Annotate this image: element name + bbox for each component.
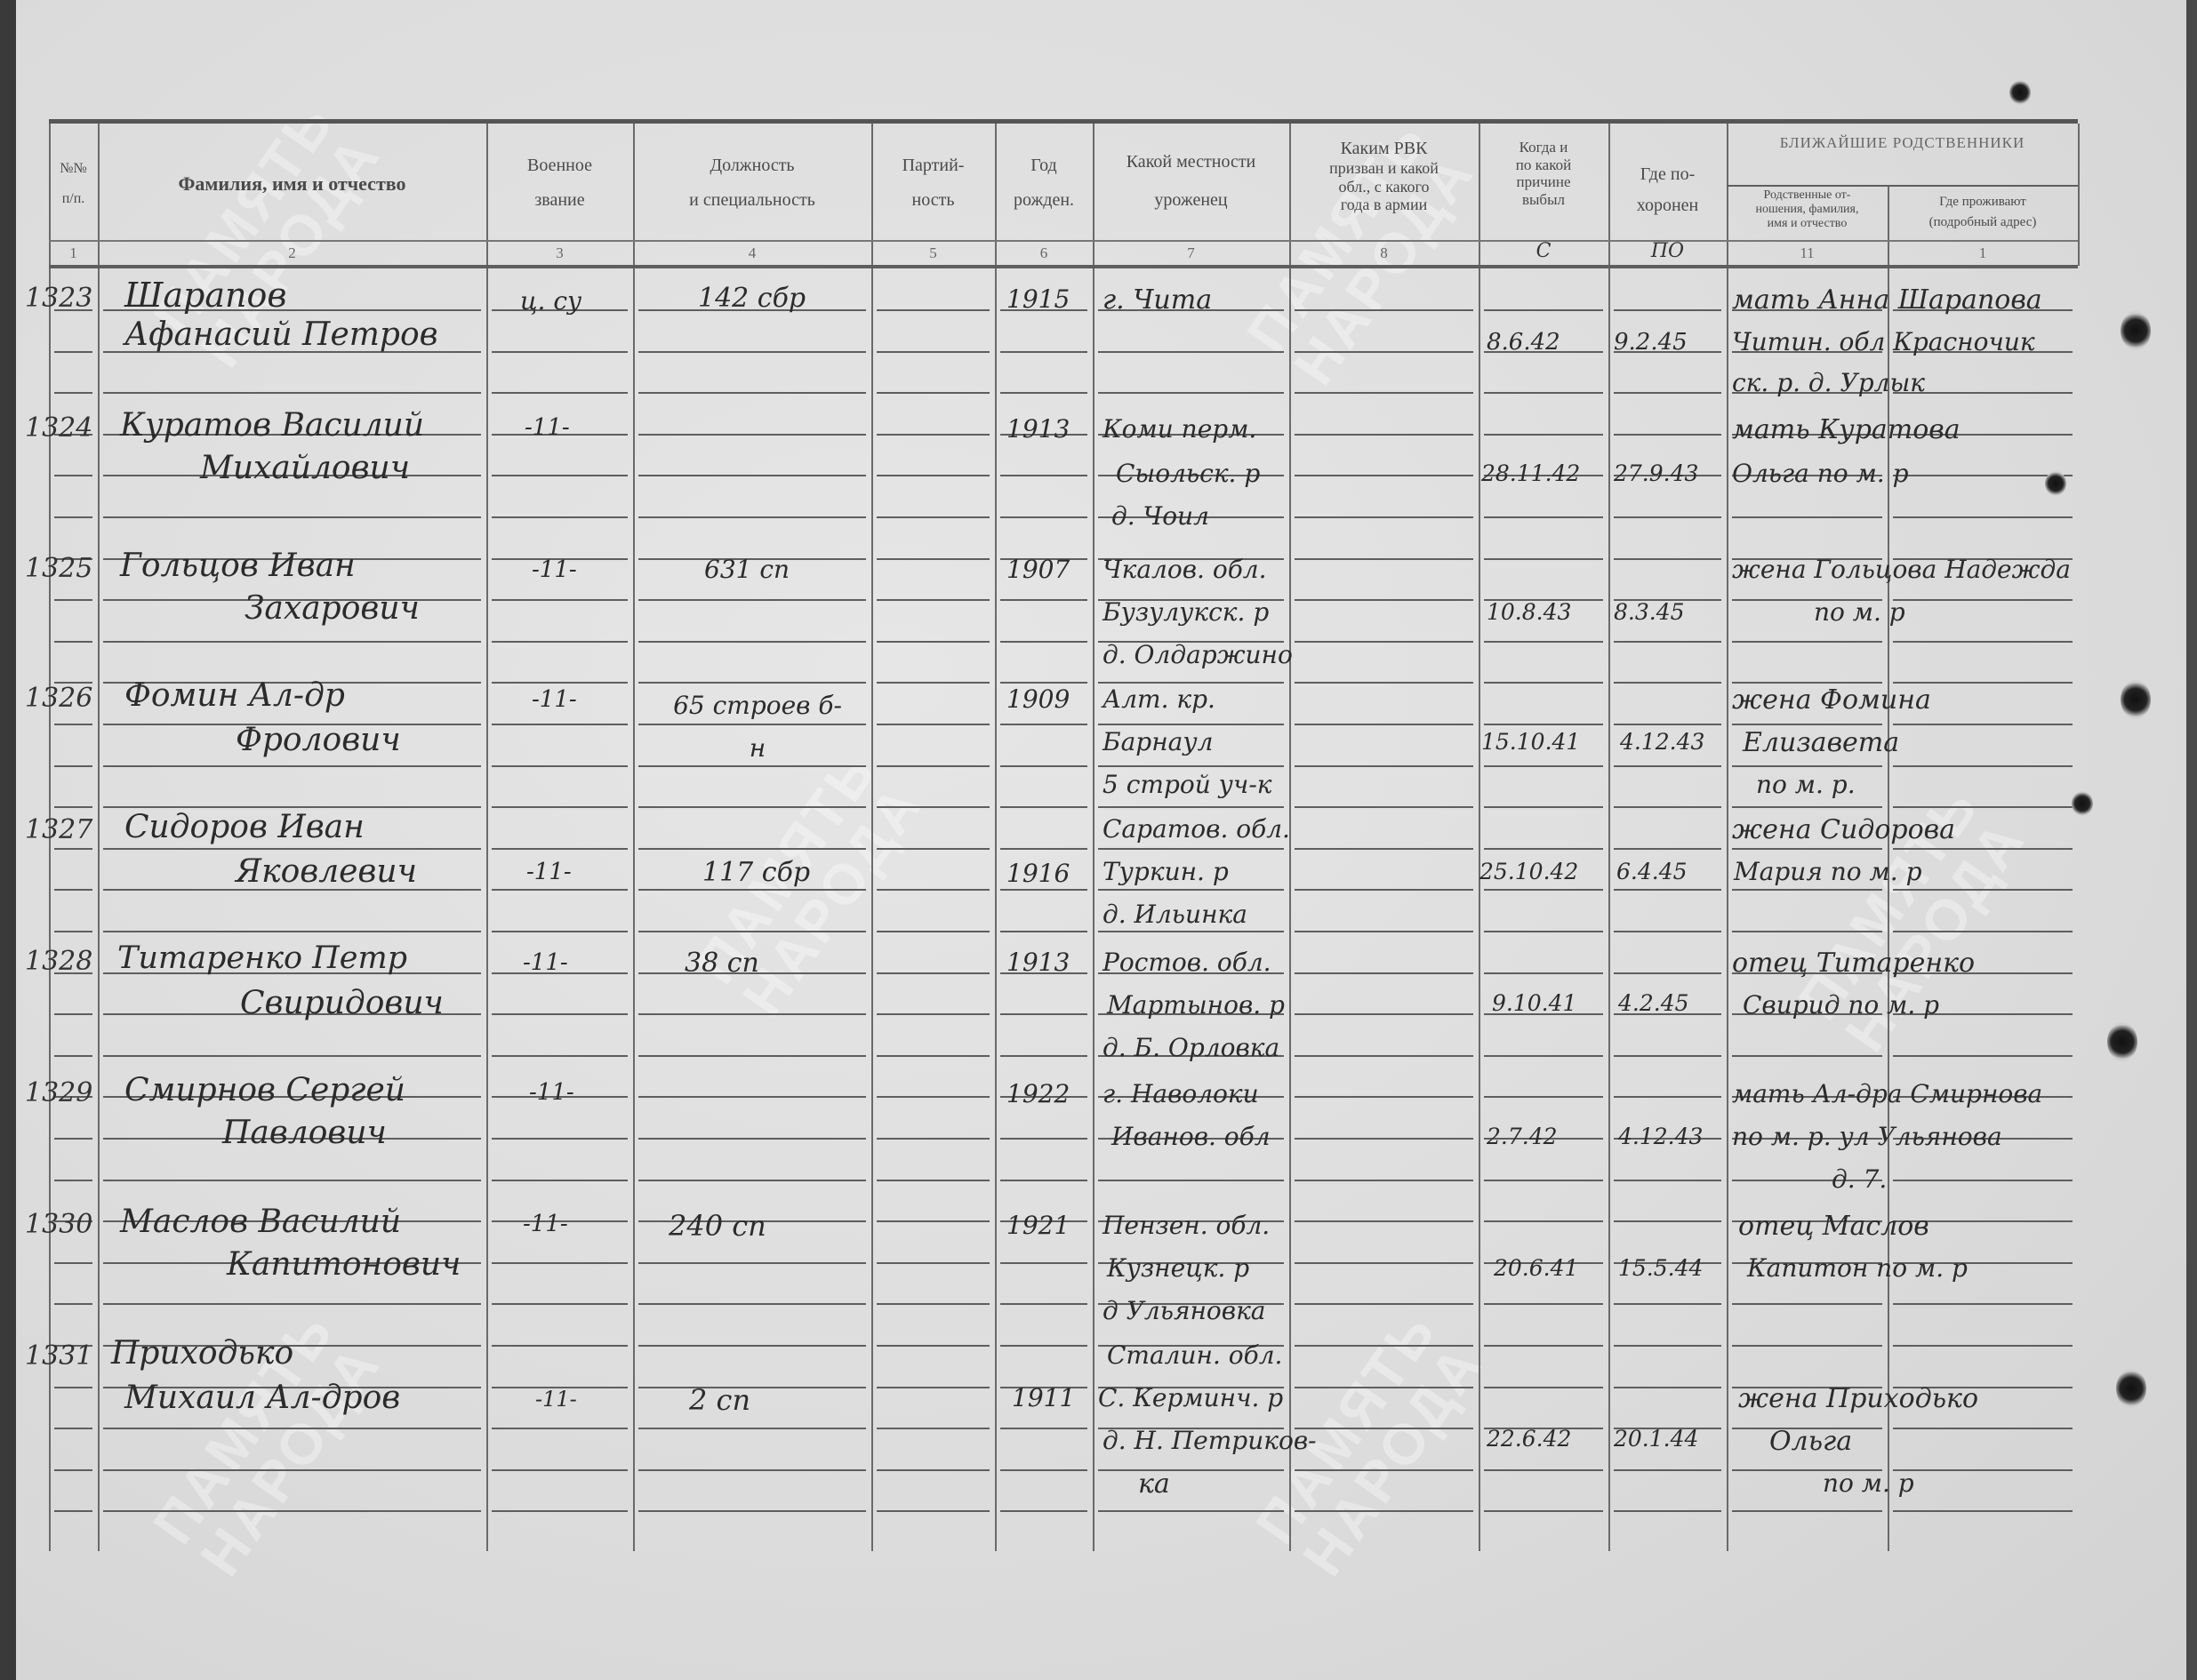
ruled-line <box>877 1180 990 1181</box>
first-name-patronymic: Афанасий Петров <box>124 316 438 353</box>
ruled-line <box>1893 1469 2073 1471</box>
ruled-line <box>1484 392 1603 394</box>
birthplace-line: Бузулукск. р <box>1103 597 1269 627</box>
ruled-line <box>1614 1387 1721 1388</box>
ruled-line <box>638 931 866 932</box>
relative-line: жена Сидорова <box>1732 814 1955 845</box>
birthplace-line: Сыольск. р <box>1116 459 1260 488</box>
ruled-line <box>1614 434 1721 436</box>
birthplace-line: С. Керминч. р <box>1098 1383 1283 1412</box>
birth-year: 1913 <box>1006 948 1070 977</box>
record-number: 1328 <box>25 946 96 977</box>
ruled-line <box>1000 1510 1087 1512</box>
ruled-line <box>638 599 866 601</box>
ruled-line <box>1098 682 1284 684</box>
ruled-line <box>877 1345 990 1347</box>
col-number: 11 <box>1727 244 1888 264</box>
ruled-line <box>1484 1220 1603 1222</box>
ruled-line <box>638 1180 866 1181</box>
ruled-line <box>492 1138 628 1140</box>
ruled-line <box>1893 1055 2073 1057</box>
ruled-line <box>54 1262 92 1264</box>
birth-year: 1907 <box>1006 555 1070 584</box>
ruled-line <box>877 931 990 932</box>
ruled-line <box>1295 1180 1473 1181</box>
ruled-line <box>1614 806 1721 808</box>
first-name-patronymic: Михаил Ал-дров <box>124 1380 400 1416</box>
birthplace-line: г. Чита <box>1103 284 1212 316</box>
ruled-line <box>1614 392 1721 394</box>
burial-date: 27.9.43 <box>1614 460 1698 486</box>
ruled-line <box>1295 1303 1473 1305</box>
rank: -11- <box>525 414 570 441</box>
ruled-line <box>492 1303 628 1305</box>
relative-line: ск. р. д. Урлык <box>1732 368 1925 397</box>
birthplace-line: Ростов. обл. <box>1103 948 1271 977</box>
column-divider <box>2078 124 2080 266</box>
date-out: 22.6.42 <box>1487 1426 1571 1452</box>
ruled-line <box>1893 1180 2073 1181</box>
ruled-line <box>877 806 990 808</box>
ruled-line <box>638 1303 866 1305</box>
ruled-line <box>1614 724 1721 725</box>
col-number: 6 <box>995 244 1093 264</box>
date-out: 28.11.42 <box>1481 460 1580 486</box>
ruled-line <box>1098 724 1284 725</box>
record-number: 1331 <box>25 1340 96 1372</box>
ruled-line <box>1295 972 1473 974</box>
col-number: 1 <box>49 244 98 264</box>
birth-year: 1915 <box>1006 284 1070 314</box>
ruled-line <box>54 1180 92 1181</box>
column-divider <box>1093 124 1094 1551</box>
birthplace-line: Туркин. р <box>1103 857 1229 886</box>
birthplace-line: ка <box>1138 1468 1170 1500</box>
ruled-line <box>492 599 628 601</box>
ruled-line <box>1732 1303 1882 1305</box>
ruled-line <box>1614 889 1721 891</box>
patronymic: Свиридович <box>240 985 444 1021</box>
ruled-line <box>877 1303 990 1305</box>
patronymic: Захарович <box>245 590 420 627</box>
birth-year: 1921 <box>1006 1211 1070 1240</box>
ruled-line <box>1484 309 1603 311</box>
position: 65 строев б-н <box>669 684 846 770</box>
date-out: 25.10.42 <box>1479 859 1578 884</box>
ruled-line <box>1000 848 1087 850</box>
ruled-line <box>1000 475 1087 476</box>
ruled-line <box>877 516 990 518</box>
ruled-line <box>492 1180 628 1181</box>
ruled-line <box>1484 889 1603 891</box>
ruled-line <box>1000 392 1087 394</box>
ruled-line <box>1295 889 1473 891</box>
relative-line: по м. р <box>1814 597 1905 627</box>
header-col-3: Военноезвание <box>486 155 633 212</box>
ruled-line <box>1295 558 1473 560</box>
birth-year: 1909 <box>1006 684 1070 714</box>
ruled-line <box>1000 931 1087 932</box>
ruled-line <box>638 848 866 850</box>
column-divider <box>995 124 997 1551</box>
relative-line: мать Анна Шарапова <box>1732 284 2042 316</box>
ruled-line <box>492 931 628 932</box>
ruled-line <box>1614 309 1721 311</box>
relative-line: д. 7. <box>1832 1164 1887 1194</box>
ruled-line <box>1000 765 1087 767</box>
record-number: 1323 <box>25 283 96 314</box>
ruled-line <box>103 641 481 643</box>
punch-hole <box>2045 471 2066 496</box>
ruled-line <box>877 1387 990 1388</box>
ruled-line <box>1295 1262 1473 1264</box>
surname: Приходько <box>111 1335 293 1372</box>
ruled-line <box>54 1387 92 1388</box>
burial-date: 4.12.43 <box>1618 1124 1703 1149</box>
birthplace-line: Чкалов. обл. <box>1103 555 1267 584</box>
burial-date: 4.2.45 <box>1618 990 1689 1016</box>
ruled-line <box>54 1510 92 1512</box>
relative-line: Капитон по м. р <box>1747 1253 1968 1283</box>
burial-date: 6.4.45 <box>1616 859 1688 884</box>
ruled-line <box>1098 1180 1284 1181</box>
ruled-line <box>1484 1055 1603 1057</box>
column-divider <box>486 124 488 1551</box>
record-number: 1327 <box>25 814 96 845</box>
ruled-line <box>54 516 92 518</box>
relative-line: мать Ал-дра Смирнова <box>1732 1079 2042 1108</box>
ruled-line <box>1484 558 1603 560</box>
record-number: 1324 <box>25 412 96 444</box>
date-out: 15.10.41 <box>1481 729 1580 755</box>
ruled-line <box>638 1387 866 1388</box>
ruled-line <box>1732 516 1882 518</box>
header-group-nearest-relatives: БЛИЖАЙШИЕ РОДСТВЕННИКИ <box>1727 133 2078 152</box>
ruled-line <box>877 1096 990 1098</box>
ruled-line <box>1893 848 2073 850</box>
ruled-line <box>1000 1303 1087 1305</box>
relative-line: Ольга <box>1769 1426 1852 1457</box>
ruled-line <box>1614 972 1721 974</box>
ruled-line <box>103 931 481 932</box>
ruled-line <box>1295 1055 1473 1057</box>
group-header-divider <box>1727 185 2078 187</box>
ruled-line <box>1484 682 1603 684</box>
rank: -11- <box>529 1079 574 1106</box>
ruled-line <box>54 599 92 601</box>
header-col-5: Партий-ность <box>871 155 995 212</box>
relative-line: мать Куратова <box>1732 414 1960 445</box>
ruled-line <box>1614 765 1721 767</box>
ruled-line <box>638 1428 866 1429</box>
birthplace-line: Алт. кр. <box>1103 684 1215 714</box>
header-col-4: Должностьи специальность <box>633 155 871 212</box>
birthplace-line: г. Наволоки <box>1103 1079 1259 1108</box>
ruled-line <box>1484 641 1603 643</box>
ruled-line <box>492 1055 628 1057</box>
ruled-line <box>54 889 92 891</box>
ruled-line <box>1295 475 1473 476</box>
ruled-line <box>1000 889 1087 891</box>
position: 117 сбр <box>702 857 810 888</box>
ruled-line <box>492 1428 628 1429</box>
surname-first-name: Сидоров Иван <box>124 809 365 845</box>
ruled-line <box>1484 1510 1603 1512</box>
ruled-line <box>1614 931 1721 932</box>
ruled-line <box>103 1303 481 1305</box>
ruled-line <box>877 1510 990 1512</box>
ruled-line <box>1893 765 2073 767</box>
col-number: 4 <box>633 244 871 264</box>
ruled-line <box>1098 765 1284 767</box>
ruled-line <box>1732 1055 1882 1057</box>
birth-year: 1911 <box>1012 1383 1075 1412</box>
column-divider <box>1727 124 1728 1551</box>
ruled-line <box>492 641 628 643</box>
ruled-line <box>1098 351 1284 353</box>
surname-first-name: Маслов Василий <box>120 1204 401 1240</box>
position: 142 сбр <box>698 283 806 314</box>
ruled-line <box>492 1469 628 1471</box>
relative-line: Ольга по м. р <box>1732 459 1909 488</box>
ruled-line <box>1893 475 2073 476</box>
ruled-line <box>638 1510 866 1512</box>
record-number: 1325 <box>25 553 96 584</box>
relative-line: Свирид по м. р <box>1743 990 1939 1020</box>
ruled-line <box>1000 1262 1087 1264</box>
rank: -11- <box>532 686 577 713</box>
ruled-line <box>54 1428 92 1429</box>
ruled-line <box>1295 392 1473 394</box>
table-top-border <box>49 119 2078 124</box>
ruled-line <box>1893 1345 2073 1347</box>
ruled-line <box>1893 1303 2073 1305</box>
ruled-line <box>492 848 628 850</box>
ruled-line <box>103 1055 481 1057</box>
header-col-7: Какой местностиуроженец <box>1093 151 1289 212</box>
ruled-line <box>877 558 990 560</box>
burial-date: 20.1.44 <box>1614 1426 1698 1452</box>
ruled-line <box>1614 682 1721 684</box>
ruled-line <box>1098 1469 1284 1471</box>
ruled-line <box>1732 682 1882 684</box>
ruled-line <box>1484 848 1603 850</box>
ruled-line <box>1000 599 1087 601</box>
ruled-line <box>492 889 628 891</box>
ruled-line <box>877 1262 990 1264</box>
ruled-line <box>1614 1096 1721 1098</box>
ruled-line <box>1000 1428 1087 1429</box>
birthplace-line: д. Ильинка <box>1103 900 1247 929</box>
ruled-line <box>1614 641 1721 643</box>
column-divider <box>871 124 873 1551</box>
position: 240 сп <box>669 1209 766 1243</box>
column-divider <box>98 124 100 1551</box>
date-out: 20.6.41 <box>1494 1255 1578 1281</box>
ruled-line <box>492 516 628 518</box>
birth-year: 1922 <box>1006 1079 1070 1108</box>
ruled-line <box>103 516 481 518</box>
relative-line: Елизавета <box>1743 727 1899 758</box>
ruled-line <box>877 1469 990 1471</box>
ruled-line <box>492 682 628 684</box>
header-col-11: Родственные от-ношения, фамилия,имя и от… <box>1727 188 1888 231</box>
birthplace-line: Кузнецк. р <box>1107 1253 1249 1283</box>
ruled-line <box>103 765 481 767</box>
ruled-line <box>877 724 990 725</box>
rank: -11- <box>526 859 572 885</box>
ruled-line <box>877 1055 990 1057</box>
ruled-line <box>1000 806 1087 808</box>
birthplace-line: д. Чоил <box>1111 501 1209 531</box>
ruled-line <box>1484 931 1603 932</box>
ruled-line <box>54 848 92 850</box>
ruled-line <box>1295 1138 1473 1140</box>
ruled-line <box>1893 889 2073 891</box>
column-divider <box>1479 124 1480 1551</box>
date-out: 10.8.43 <box>1487 599 1571 625</box>
ruled-line <box>877 641 990 643</box>
col-number: 1 <box>1888 244 2078 264</box>
ruled-line <box>1295 516 1473 518</box>
header-col-1: №№п/п. <box>49 160 98 208</box>
ruled-line <box>1000 1055 1087 1057</box>
ruled-line <box>54 475 92 476</box>
punch-hole <box>2009 80 2031 105</box>
ruled-line <box>492 475 628 476</box>
ruled-line <box>1893 1510 2073 1512</box>
ruled-line <box>1295 931 1473 932</box>
ruled-line <box>1098 806 1284 808</box>
ruled-line <box>1295 1096 1473 1098</box>
relative-line: Читин. обл Красночик <box>1732 327 2035 356</box>
ruled-line <box>1484 1345 1603 1347</box>
ruled-line <box>492 351 628 353</box>
ruled-line <box>638 889 866 891</box>
ruled-line <box>492 1510 628 1512</box>
ruled-line <box>1098 392 1284 394</box>
ruled-line <box>638 475 866 476</box>
ruled-line <box>103 848 481 850</box>
relative-line: по м. р. ул Ульянова <box>1732 1122 2002 1151</box>
ruled-line <box>1484 1469 1603 1471</box>
ruled-line <box>1295 309 1473 311</box>
ruled-line <box>1614 1510 1721 1512</box>
surname: Шарапов <box>124 276 286 315</box>
ruled-line <box>1732 848 1882 850</box>
column-divider <box>1608 124 1610 1551</box>
ruled-line <box>877 599 990 601</box>
ruled-line <box>1000 351 1087 353</box>
burial-date: 15.5.44 <box>1618 1255 1703 1281</box>
ruled-line <box>1000 1469 1087 1471</box>
col-number: 3 <box>486 244 633 264</box>
date-out: 8.6.42 <box>1487 329 1560 356</box>
ruled-line <box>54 1138 92 1140</box>
ruled-line <box>1295 724 1473 725</box>
ruled-line <box>54 641 92 643</box>
ruled-line <box>54 724 92 725</box>
ruled-line <box>54 351 92 353</box>
col-number-handwritten: ПО <box>1608 240 1727 260</box>
surname-first-name: Фомин Ал-др <box>124 677 345 714</box>
surname-first-name: Гольцов Иван <box>120 548 356 584</box>
patronymic: Капитонович <box>227 1246 461 1283</box>
relative-line: жена Гольцова Надежда <box>1732 555 2071 584</box>
birthplace-line: Сталин. обл. <box>1107 1340 1282 1370</box>
ruled-line <box>1098 889 1284 891</box>
ruled-line <box>492 765 628 767</box>
patronymic: Михайлович <box>200 450 410 486</box>
col-number: 7 <box>1093 244 1289 264</box>
ruled-line <box>1000 1138 1087 1140</box>
ruled-line <box>103 1180 481 1181</box>
ruled-line <box>1614 558 1721 560</box>
ruled-line <box>103 1428 481 1429</box>
ruled-line <box>638 806 866 808</box>
ruled-line <box>1098 931 1284 932</box>
ruled-line <box>877 765 990 767</box>
ruled-line <box>54 1013 92 1015</box>
relative-line: жена Приходько <box>1738 1383 1978 1414</box>
rank: -11- <box>523 1211 568 1237</box>
ruled-line <box>1484 1387 1603 1388</box>
record-number: 1329 <box>25 1077 96 1108</box>
ruled-line <box>877 972 990 974</box>
burial-date: 4.12.43 <box>1620 729 1704 755</box>
punch-hole <box>2116 1369 2146 1408</box>
ruled-line <box>1614 1345 1721 1347</box>
date-out: 9.10.41 <box>1492 990 1576 1016</box>
position: 2 сп <box>689 1383 750 1417</box>
ruled-line <box>1295 1428 1473 1429</box>
birthplace-line: д. Н. Петриков- <box>1103 1426 1317 1455</box>
ruled-line <box>1732 1510 1882 1512</box>
ruled-line <box>492 806 628 808</box>
header-col-10: Где по-хоронен <box>1608 164 1727 217</box>
surname-first-name: Куратов Василий <box>120 407 424 444</box>
header-bottom-line <box>49 240 2078 242</box>
burial-date: 8.3.45 <box>1614 599 1685 625</box>
relative-line: жена Фомина <box>1732 684 1931 716</box>
ruled-line <box>1484 516 1603 518</box>
ruled-line <box>1295 641 1473 643</box>
ruled-line <box>1000 724 1087 725</box>
ruled-line <box>638 392 866 394</box>
ruled-line <box>1000 1345 1087 1347</box>
rank: ц. су <box>520 286 581 316</box>
ruled-line <box>1295 599 1473 601</box>
scan-edge-left <box>0 0 16 1680</box>
patronymic: Яковлевич <box>236 853 417 890</box>
ruled-line <box>1295 1387 1473 1388</box>
ruled-line <box>1295 351 1473 353</box>
surname-first-name: Смирнов Сергей <box>124 1072 405 1108</box>
scan-edge-right <box>2186 0 2197 1680</box>
header-col-8: Каким РВКпризван и какойобл., с какогого… <box>1289 139 1479 214</box>
ruled-line <box>1893 806 2073 808</box>
ruled-line <box>1893 599 2073 601</box>
ruled-line <box>1295 682 1473 684</box>
ruled-line <box>1484 1180 1603 1181</box>
rank: -11- <box>532 556 577 583</box>
birthplace-line: Коми перм. <box>1103 414 1256 444</box>
patronymic: Фролович <box>236 722 401 758</box>
ruled-line <box>877 1428 990 1429</box>
ruled-line <box>1295 1345 1473 1347</box>
record-number: 1326 <box>25 683 96 714</box>
ruled-line <box>638 1096 866 1098</box>
